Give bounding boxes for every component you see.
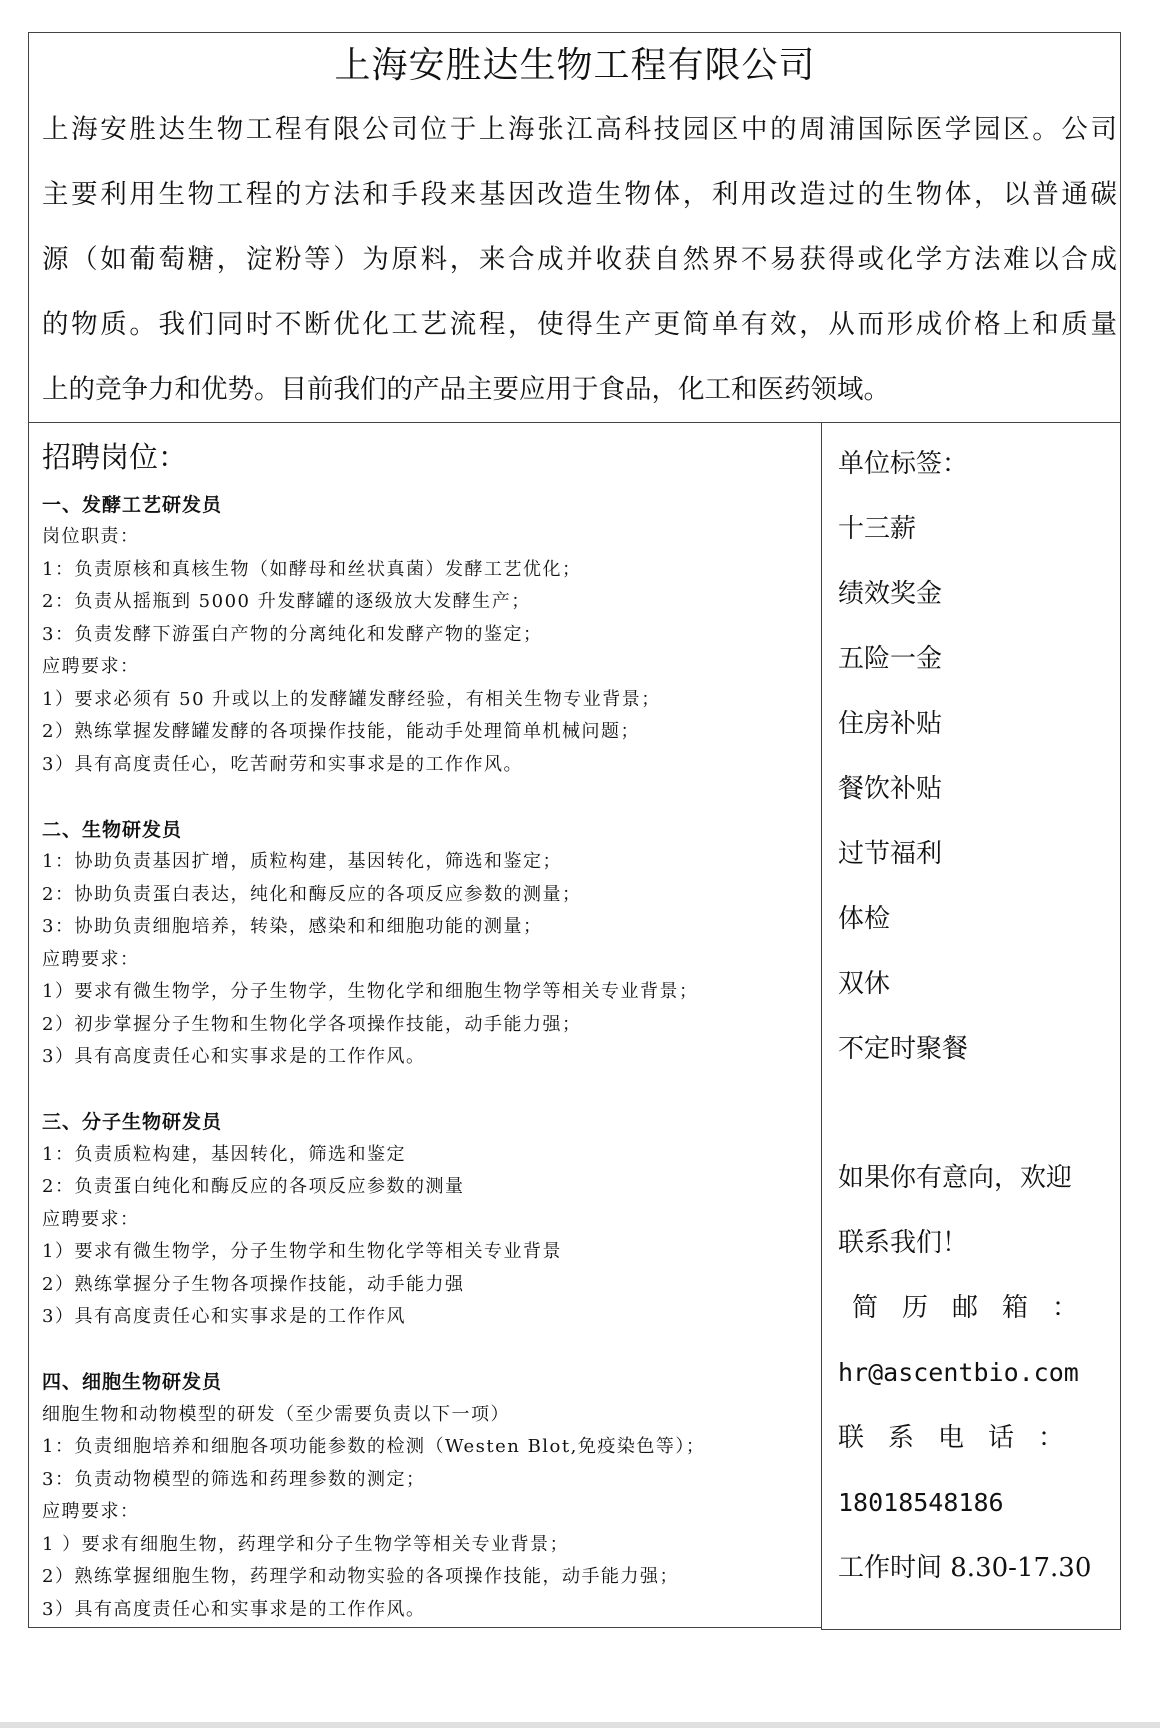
position-line: 3：协助负责细胞培养，转染，感染和和细胞功能的测量； — [42, 913, 542, 941]
intro-line: 源（如葡萄糖，淀粉等）为原料，来合成并收获自然界不易获得或化学方法难以合成 — [42, 240, 1117, 280]
tag-item: 双休 — [838, 964, 890, 1004]
position-line: 1）要求有微生物学，分子生物学和生物化学等相关专业背景 — [42, 1238, 562, 1266]
position-line: 3：负责动物模型的筛选和药理参数的测定； — [42, 1466, 425, 1494]
email-label: 简历邮箱： — [852, 1288, 1102, 1328]
position-line: 2：负责从摇瓶到 5000 升发酵罐的逐级放大发酵生产； — [42, 588, 531, 616]
contact-prompt: 如果你有意向，欢迎 — [838, 1158, 1072, 1198]
position-title: 三、分子生物研发员 — [42, 1108, 222, 1136]
frame-left-border — [28, 32, 29, 1628]
intro-line: 上的竞争力和优势。目前我们的产品主要应用于食品，化工和医药领域。 — [42, 370, 1117, 410]
position-line: 2）熟练掌握发酵罐发酵的各项操作技能，能动手处理简单机械问题； — [42, 718, 640, 746]
position-line: 应聘要求： — [42, 653, 140, 681]
position-line: 岗位职责： — [42, 523, 140, 551]
position-line: 应聘要求： — [42, 946, 140, 974]
company-title: 上海安胜达生物工程有限公司 — [29, 40, 1121, 92]
tag-item: 住房补贴 — [838, 704, 942, 744]
intro-line: 主要利用生物工程的方法和手段来基因改造生物体，利用改造过的生物体，以普通碳 — [42, 175, 1117, 215]
position-line: 2）熟练掌握细胞生物，药理学和动物实验的各项操作技能，动手能力强； — [42, 1563, 679, 1591]
position-line: 细胞生物和动物模型的研发（至少需要负责以下一项） — [42, 1401, 510, 1429]
position-line: 1：负责原核和真核生物（如酵母和丝状真菌）发酵工艺优化； — [42, 556, 581, 584]
email-link[interactable]: hr@ascentbio.com — [838, 1353, 1079, 1393]
tag-item: 餐饮补贴 — [838, 769, 942, 809]
position-line: 1：协助负责基因扩增，质粒构建，基因转化，筛选和鉴定； — [42, 848, 562, 876]
position-title: 一、发酵工艺研发员 — [42, 491, 222, 519]
position-title: 四、细胞生物研发员 — [42, 1368, 222, 1396]
tag-item: 过节福利 — [838, 834, 942, 874]
column-divider — [821, 422, 822, 1630]
position-line: 1：负责细胞培养和细胞各项功能参数的检测（Westen Blot,免疫染色等）； — [42, 1433, 705, 1461]
working-hours: 工作时间 8.30-17.30 — [838, 1548, 1091, 1588]
position-line: 2：负责蛋白纯化和酶反应的各项反应参数的测量 — [42, 1173, 464, 1201]
header-divider — [29, 422, 1121, 423]
position-line: 1：负责质粒构建，基因转化，筛选和鉴定 — [42, 1141, 406, 1169]
page-bottom-strip — [0, 1722, 1160, 1728]
contact-prompt: 联系我们！ — [838, 1223, 968, 1263]
position-line: 2）熟练掌握分子生物各项操作技能，动手能力强 — [42, 1271, 464, 1299]
intro-line: 上海安胜达生物工程有限公司位于上海张江高科技园区中的周浦国际医学园区。公司 — [42, 110, 1117, 150]
position-line: 3）具有高度责任心和实事求是的工作作风。 — [42, 1596, 425, 1624]
position-line: 3：负责发酵下游蛋白产物的分离纯化和发酵产物的鉴定； — [42, 621, 542, 649]
position-line: 1）要求有微生物学，分子生物学，生物化学和细胞生物学等相关专业背景； — [42, 978, 698, 1006]
tag-item: 体检 — [838, 899, 890, 939]
phone-number: 18018548186 — [838, 1483, 1004, 1523]
position-line: 1 ）要求有细胞生物，药理学和分子生物学等相关专业背景； — [42, 1531, 569, 1559]
position-line: 应聘要求： — [42, 1206, 140, 1234]
frame-right-border — [1120, 32, 1121, 1630]
position-line: 3）具有高度责任心和实事求是的工作作风 — [42, 1303, 406, 1331]
tag-item: 绩效奖金 — [838, 574, 942, 614]
position-line: 1）要求必须有 50 升或以上的发酵罐发酵经验，有相关生物专业背景； — [42, 686, 661, 714]
position-line: 3）具有高度责任心，吃苦耐劳和实事求是的工作作风。 — [42, 751, 523, 779]
frame-top-border — [29, 32, 1121, 33]
right-column-bottom-border — [821, 1629, 1121, 1630]
left-column-bottom-border — [29, 1627, 822, 1628]
position-line: 3）具有高度责任心和实事求是的工作作风。 — [42, 1043, 425, 1071]
position-title: 二、生物研发员 — [42, 816, 182, 844]
tag-item: 不定时聚餐 — [838, 1029, 968, 1069]
position-line: 2）初步掌握分子生物和生物化学各项操作技能，动手能力强； — [42, 1011, 581, 1039]
phone-label: 联系电话： — [838, 1418, 1088, 1458]
position-line: 应聘要求： — [42, 1498, 140, 1526]
tag-item: 五险一金 — [838, 639, 942, 679]
position-line: 2：协助负责蛋白表达，纯化和酶反应的各项反应参数的测量； — [42, 881, 581, 909]
intro-line: 的物质。我们同时不断优化工艺流程，使得生产更简单有效，从而形成价格上和质量 — [42, 305, 1117, 345]
tags-heading: 单位标签： — [838, 444, 968, 484]
jobs-heading: 招聘岗位： — [42, 437, 187, 477]
tag-item: 十三薪 — [838, 509, 916, 549]
